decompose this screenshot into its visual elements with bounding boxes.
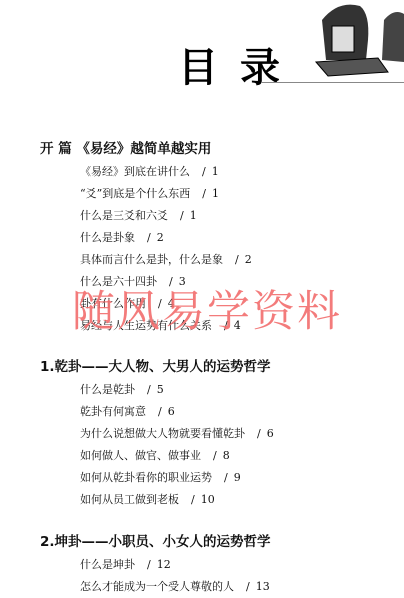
page-number: 2 (157, 231, 164, 244)
toc-item[interactable]: 如何从乾卦看你的职业运势/9 (80, 469, 241, 485)
toc-item[interactable]: 为什么说想做大人物就要看懂乾卦/6 (80, 425, 274, 441)
section-heading[interactable]: 2.坤卦——小职员、小女人的运势哲学 (40, 530, 271, 550)
toc-item[interactable]: 如何从员工做到老板/10 (80, 491, 215, 507)
page-number: 6 (168, 405, 175, 418)
separator: / (235, 253, 239, 266)
section-heading[interactable]: 1.乾卦——大人物、大男人的运势哲学 (40, 355, 271, 375)
page-number: 5 (157, 383, 164, 396)
separator: / (180, 209, 184, 222)
toc-item-label: 《易经》到底在讲什么 (80, 165, 190, 178)
page-number: 1 (190, 209, 197, 222)
toc-item[interactable]: “爻”到底是个什么东西/1 (80, 185, 219, 201)
toc-item[interactable]: 如何做人、做官、做事业/8 (80, 447, 230, 463)
section-heading[interactable]: 开 篇 《易经》越简单越实用 (40, 137, 211, 157)
separator: / (213, 449, 217, 462)
scholar-illustration-icon (308, 0, 404, 80)
toc-item[interactable]: 《易经》到底在讲什么/1 (80, 163, 219, 179)
toc-item-label: 什么是乾卦 (80, 383, 135, 396)
page-number: 6 (267, 427, 274, 440)
toc-item-label: 如何从乾卦看你的职业运势 (80, 471, 212, 484)
toc-item[interactable]: 怎么才能成为一个受人尊敬的人/13 (80, 578, 270, 594)
toc-item[interactable]: 什么是坤卦/12 (80, 556, 171, 572)
page-number: 13 (256, 580, 270, 593)
toc-item[interactable]: 什么是三爻和六爻/1 (80, 207, 197, 223)
toc-item[interactable]: 什么是卦象/2 (80, 229, 164, 245)
page-number: 9 (234, 471, 241, 484)
toc-item-label: 怎么才能成为一个受人尊敬的人 (80, 580, 234, 593)
separator: / (147, 231, 151, 244)
toc-item-label: 什么是卦象 (80, 231, 135, 244)
toc-item-label: 具体而言什么是卦，什么是象 (80, 253, 223, 266)
toc-item-label: 如何从员工做到老板 (80, 493, 179, 506)
toc-item-label: 为什么说想做大人物就要看懂乾卦 (80, 427, 245, 440)
page-number: 12 (157, 558, 171, 571)
toc-item-label: 如何做人、做官、做事业 (80, 449, 201, 462)
page-number: 2 (245, 253, 252, 266)
toc-item-label: 什么是坤卦 (80, 558, 135, 571)
separator: / (224, 471, 228, 484)
page-number: 1 (212, 187, 219, 200)
separator: / (202, 187, 206, 200)
toc-item[interactable]: 什么是乾卦/5 (80, 381, 164, 397)
page-number: 1 (212, 165, 219, 178)
separator: / (147, 383, 151, 396)
separator: / (158, 405, 162, 418)
toc-item-label: 什么是三爻和六爻 (80, 209, 168, 222)
title-rule (262, 82, 404, 83)
toc-item-label: “爻”到底是个什么东西 (80, 187, 190, 200)
separator: / (257, 427, 261, 440)
toc-item-label: 乾卦有何寓意 (80, 405, 146, 418)
separator: / (147, 558, 151, 571)
page-number: 10 (201, 493, 215, 506)
separator: / (191, 493, 195, 506)
separator: / (246, 580, 250, 593)
toc-item[interactable]: 具体而言什么是卦，什么是象/2 (80, 251, 252, 267)
toc-item[interactable]: 乾卦有何寓意/6 (80, 403, 175, 419)
page-title: 目录 (178, 36, 302, 93)
watermark: 随风易学资料 (72, 278, 342, 339)
page-number: 8 (223, 449, 230, 462)
separator: / (202, 165, 206, 178)
